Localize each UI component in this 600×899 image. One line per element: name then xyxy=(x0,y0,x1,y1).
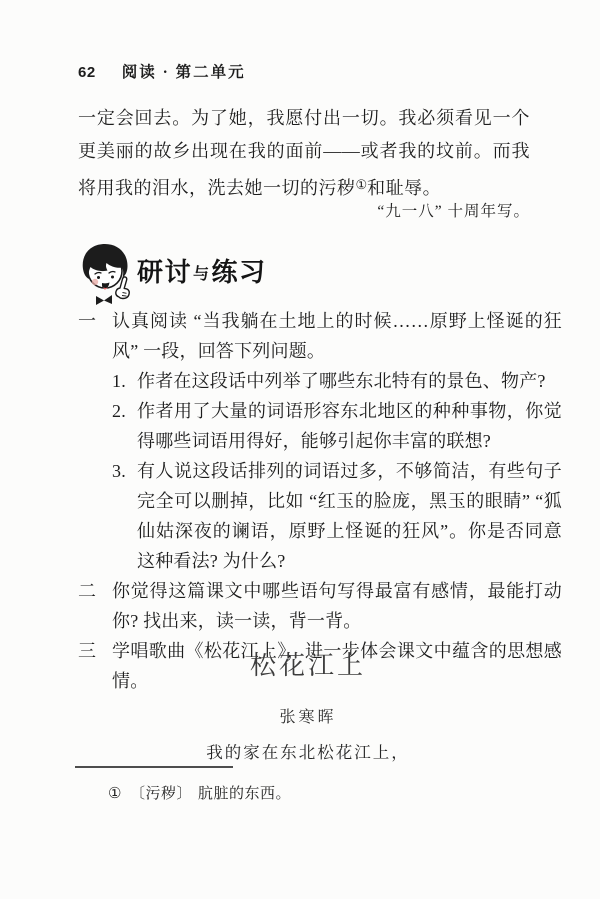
subitem-number: 1. xyxy=(112,366,137,396)
exercise-marker: 二 xyxy=(78,576,112,636)
subitem-text: 作者在这段话中列举了哪些东北特有的景色、物产? xyxy=(137,366,562,396)
section-title: 研讨与练习 xyxy=(137,252,267,289)
page-number: 62 xyxy=(78,64,96,81)
boy-pointing-icon xyxy=(78,241,136,313)
section-title-conjunction: 与 xyxy=(193,266,211,283)
footnote: ①〔污秽〕肮脏的东西。 xyxy=(108,782,291,803)
subitem-number: 3. xyxy=(112,456,137,576)
subitem-number: 2. xyxy=(112,396,137,456)
paragraph-text-end: 和耻辱。 xyxy=(367,178,441,198)
exercise-list: 一 认真阅读 “当我躺在土地上的时候……原野上怪诞的狂风” 一段，回答下列问题。… xyxy=(78,306,562,696)
running-head: 62阅读 · 第二单元 xyxy=(78,60,246,82)
subitem-text: 有人说这段话排列的词语过多，不够简洁，有些句子完全可以删掉，比如 “红玉的脸庞，… xyxy=(137,456,562,576)
paragraph-text: 一定会回去。为了她，我愿付出一切。我必须看见一个更美丽的故乡出现在我的面前——或… xyxy=(78,108,530,198)
exercise-marker: 一 xyxy=(78,306,112,576)
textbook-page: 62阅读 · 第二单元 一定会回去。为了她，我愿付出一切。我必须看见一个更美丽的… xyxy=(0,0,600,899)
song-author: 张寒晖 xyxy=(78,704,538,727)
exercise-body: 你觉得这篇课文中哪些语句写得最富有感情，最能打动你? 找出来，读一读，背一背。 xyxy=(112,576,562,636)
exercise-item-1: 一 认真阅读 “当我躺在土地上的时候……原野上怪诞的狂风” 一段，回答下列问题。… xyxy=(78,306,562,576)
footnote-reference: ① xyxy=(356,177,368,192)
section-title-part2: 练习 xyxy=(212,257,267,287)
subitem-text: 作者用了大量的词语形容东北地区的种种事物，你觉得哪些词语用得好，能够引起你丰富的… xyxy=(137,396,562,456)
lesson-paragraph: 一定会回去。为了她，我愿付出一切。我必须看见一个更美丽的故乡出现在我的面前——或… xyxy=(78,102,530,205)
exercise-item-2: 二 你觉得这篇课文中哪些语句写得最富有感情，最能打动你? 找出来，读一读，背一背… xyxy=(78,576,562,636)
exercise-subitem-1: 1. 作者在这段话中列举了哪些东北特有的景色、物产? xyxy=(112,366,562,396)
footnote-marker: ① xyxy=(108,786,122,802)
exercise-text: 你觉得这篇课文中哪些语句写得最富有感情，最能打动你? 找出来，读一读，背一背。 xyxy=(112,576,562,636)
exercise-text: 认真阅读 “当我躺在土地上的时候……原野上怪诞的狂风” 一段，回答下列问题。 xyxy=(112,306,562,366)
section-title-part1: 研讨 xyxy=(137,257,192,287)
attribution-line: “九一八” 十周年写。 xyxy=(78,199,530,221)
exercise-subitem-2: 2. 作者用了大量的词语形容东北地区的种种事物，你觉得哪些词语用得好，能够引起你… xyxy=(112,396,562,456)
footnote-definition: 肮脏的东西。 xyxy=(198,786,291,802)
unit-title: 阅读 · 第二单元 xyxy=(122,64,246,81)
exercise-subitem-3: 3. 有人说这段话排列的词语过多，不够简洁，有些句子完全可以删掉，比如 “红玉的… xyxy=(112,456,562,576)
song-first-line: 我的家在东北松花江上， xyxy=(78,739,538,763)
exercise-body: 认真阅读 “当我躺在土地上的时候……原野上怪诞的狂风” 一段，回答下列问题。 1… xyxy=(112,306,562,576)
footnote-term: 〔污秽〕 xyxy=(130,786,192,802)
song-block: 松花江上 张寒晖 我的家在东北松花江上， xyxy=(78,645,538,763)
footnote-divider xyxy=(75,766,233,768)
song-title: 松花江上 xyxy=(78,645,538,682)
